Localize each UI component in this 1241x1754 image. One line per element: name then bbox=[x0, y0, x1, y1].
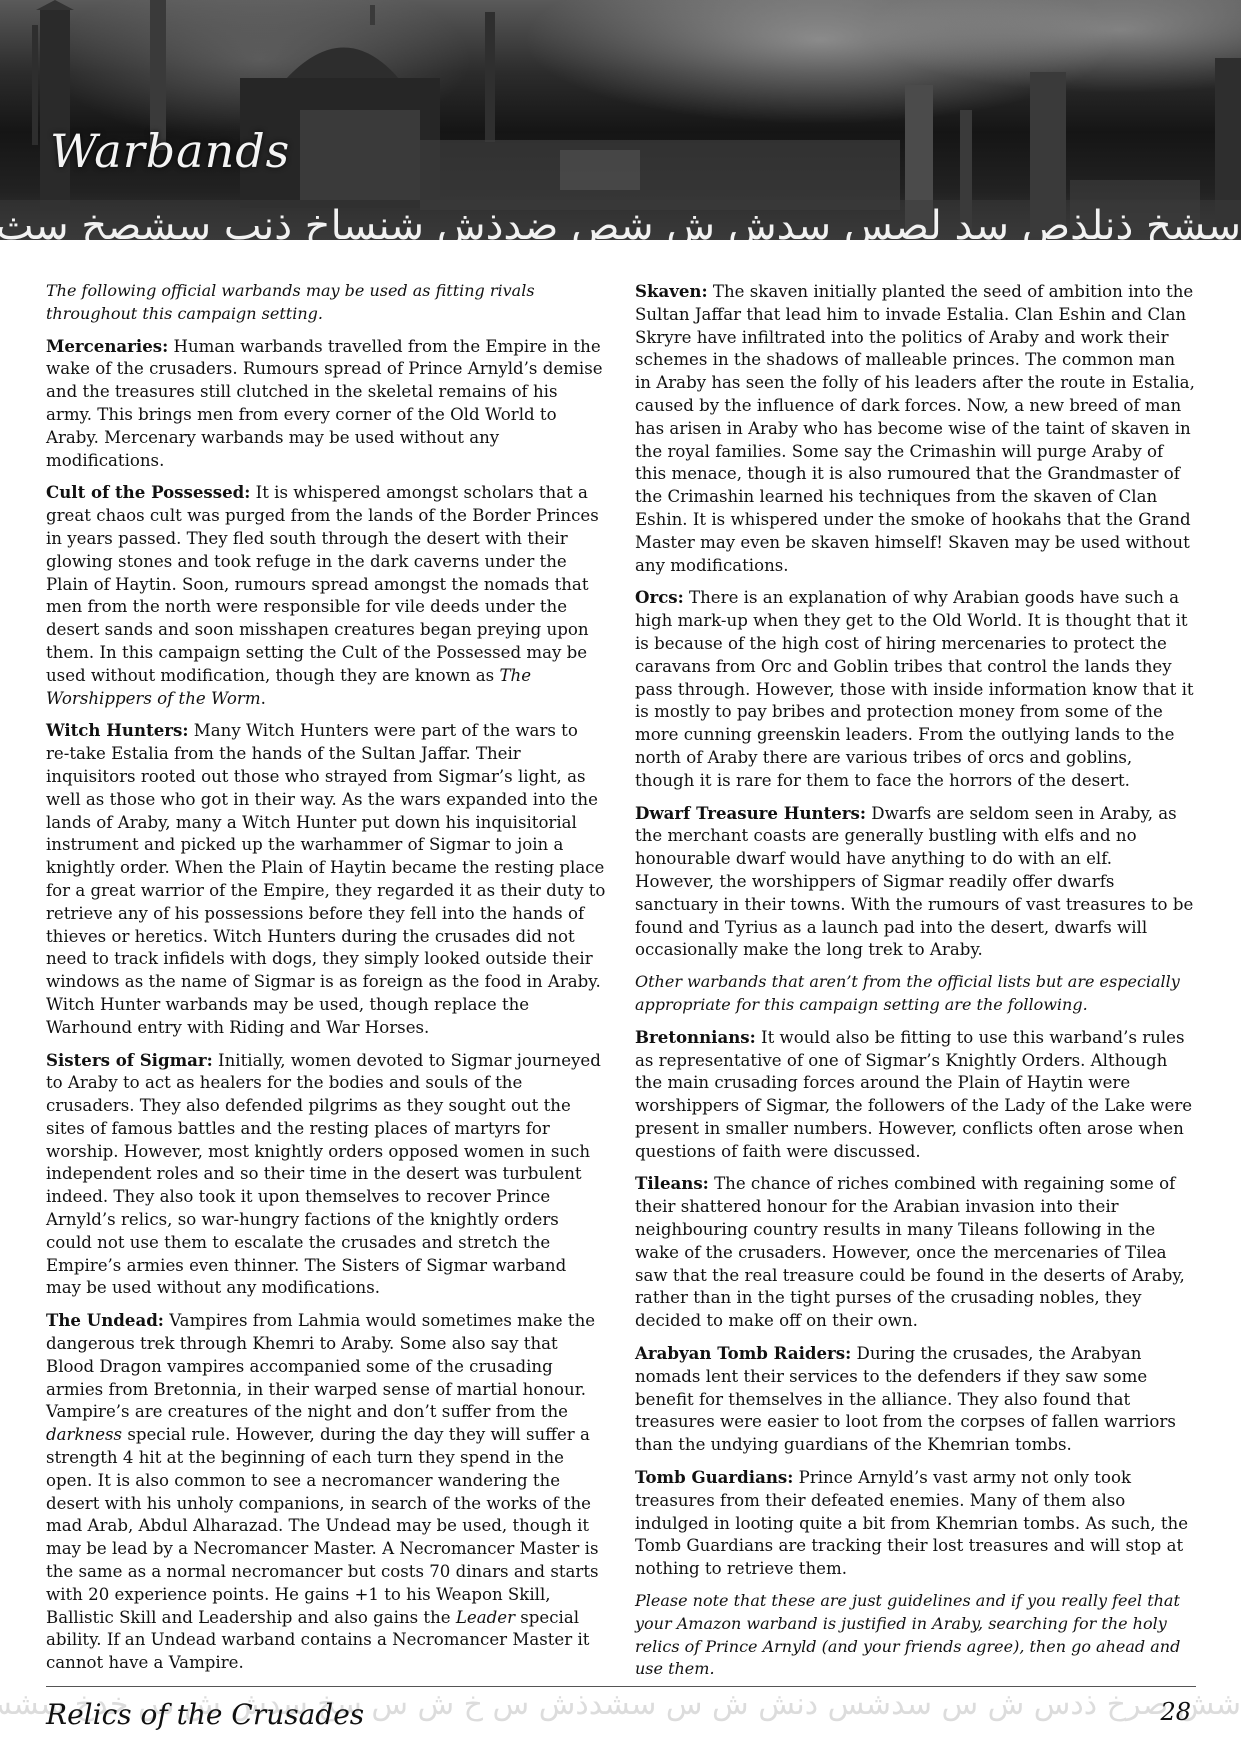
closing-note: Please note that these are just guidelin… bbox=[635, 1590, 1195, 1681]
entry-label: Tomb Guardians: bbox=[635, 1467, 793, 1487]
entry-label: Bretonnians: bbox=[635, 1027, 756, 1047]
entry-text: Initially, women devoted to Sigmar journ… bbox=[46, 1051, 601, 1298]
left-column: The following official warbands may be u… bbox=[46, 280, 606, 1684]
entry-text-2: special rule. However, during the day th… bbox=[46, 1425, 599, 1626]
unofficial-warbands-note: Other warbands that aren’t from the offi… bbox=[635, 971, 1195, 1017]
page-number: 28 bbox=[1160, 1698, 1191, 1726]
footer-divider bbox=[46, 1686, 1196, 1687]
entry-text: Human warbands travelled from the Empire… bbox=[46, 337, 603, 470]
entry-label: Witch Hunters: bbox=[46, 720, 189, 740]
entry-tail: . bbox=[261, 689, 266, 708]
entry-text: Many Witch Hunters were part of the wars… bbox=[46, 721, 605, 1036]
entry-label: Cult of the Possessed: bbox=[46, 482, 250, 502]
entry-label: Dwarf Treasure Hunters: bbox=[635, 803, 866, 823]
entry-label: Arabyan Tomb Raiders: bbox=[635, 1343, 851, 1363]
intro-note: The following official warbands may be u… bbox=[46, 280, 606, 326]
warband-entry-orcs: Orcs: There is an explanation of why Ara… bbox=[635, 586, 1195, 792]
header-banner: Warbands سشخ ذنلذص سد لصس سدش ش شص ضدذش … bbox=[0, 0, 1241, 240]
entry-label: Sisters of Sigmar: bbox=[46, 1050, 213, 1070]
warband-entry-bretonnians: Bretonnians: It would also be fitting to… bbox=[635, 1026, 1195, 1164]
entry-label: Mercenaries: bbox=[46, 336, 168, 356]
entry-label: Skaven: bbox=[635, 281, 708, 301]
entry-text: The skaven initially planted the seed of… bbox=[635, 282, 1195, 575]
decorative-arabic-script: سشخ ذنلذص سد لصس سدش ش شص ضدذش شنساخ ذنب… bbox=[0, 196, 1241, 240]
warband-entry-skaven: Skaven: The skaven initially planted the… bbox=[635, 280, 1195, 577]
warband-entry-tomb-guardians: Tomb Guardians: Prince Arnyld’s vast arm… bbox=[635, 1466, 1195, 1581]
right-column: Skaven: The skaven initially planted the… bbox=[635, 280, 1195, 1690]
warband-entry-witch-hunters: Witch Hunters: Many Witch Hunters were p… bbox=[46, 719, 606, 1039]
warband-entry-dwarf-treasure-hunters: Dwarf Treasure Hunters: Dwarfs are seldo… bbox=[635, 802, 1195, 963]
entry-text: Dwarfs are seldom seen in Araby, as the … bbox=[635, 804, 1193, 960]
entry-text: It is whispered amongst scholars that a … bbox=[46, 483, 599, 684]
entry-text: The chance of riches combined with regai… bbox=[635, 1174, 1185, 1330]
entry-text: It would also be fitting to use this war… bbox=[635, 1028, 1192, 1161]
entry-text: There is an explanation of why Arabian g… bbox=[635, 588, 1194, 789]
warband-entry-cult-of-the-possessed: Cult of the Possessed: It is whispered a… bbox=[46, 481, 606, 710]
book-title: Relics of the Crusades bbox=[46, 1698, 364, 1731]
warband-entry-the-undead: The Undead: Vampires from Lahmia would s… bbox=[46, 1309, 606, 1675]
entry-label: The Undead: bbox=[46, 1310, 164, 1330]
entry-label: Tileans: bbox=[635, 1173, 709, 1193]
warband-entry-mercenaries: Mercenaries: Human warbands travelled fr… bbox=[46, 335, 606, 473]
entry-italic: darkness bbox=[46, 1425, 122, 1444]
entry-italic-2: Leader bbox=[456, 1608, 515, 1627]
warband-entry-arabyan-tomb-raiders: Arabyan Tomb Raiders: During the crusade… bbox=[635, 1342, 1195, 1457]
warband-entry-tileans: Tileans: The chance of riches combined w… bbox=[635, 1172, 1195, 1333]
page-title: Warbands bbox=[50, 124, 290, 178]
entry-label: Orcs: bbox=[635, 587, 684, 607]
warband-entry-sisters-of-sigmar: Sisters of Sigmar: Initially, women devo… bbox=[46, 1049, 606, 1301]
